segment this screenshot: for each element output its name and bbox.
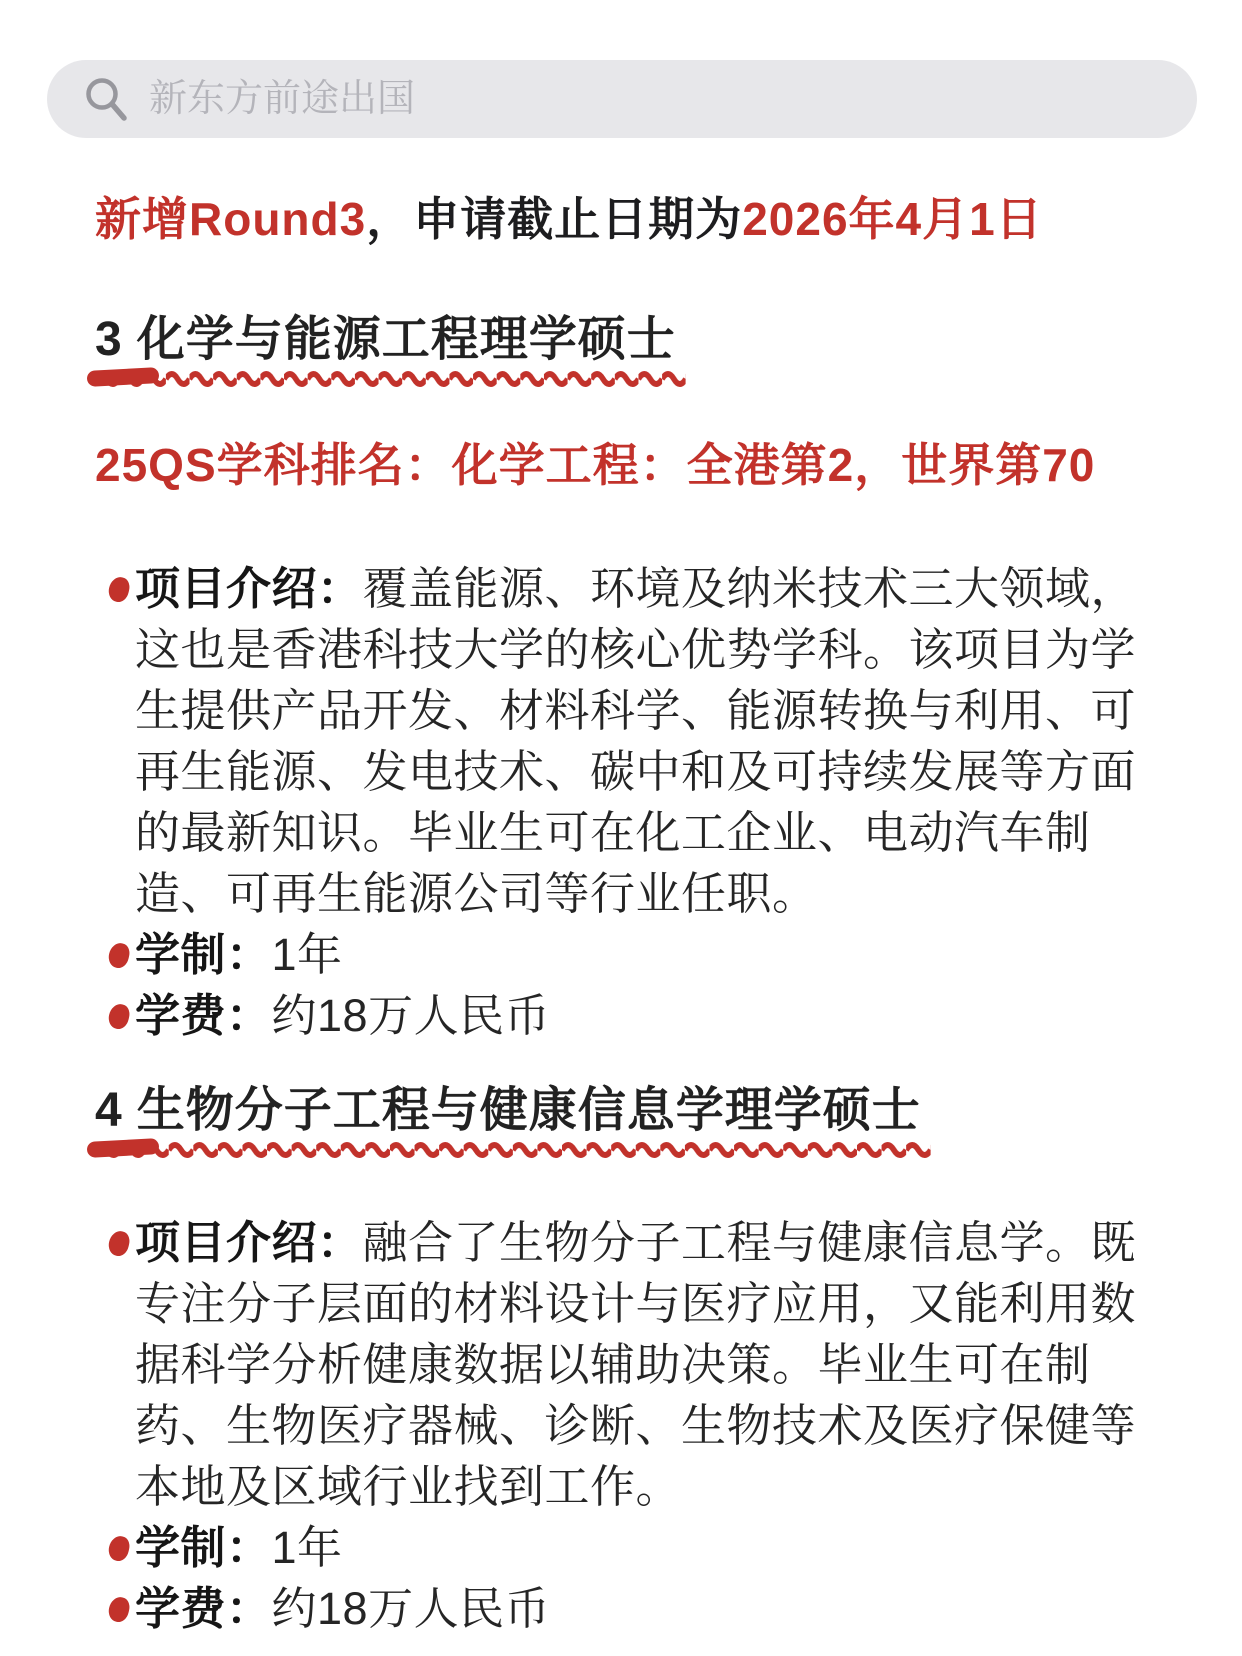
- item-label: 项目介绍：: [135, 563, 363, 614]
- item-label: 学费：: [135, 1583, 272, 1634]
- list-item-tuition: 学费：约18万人民币: [95, 1578, 1152, 1639]
- item-text: 约18万人民币: [272, 1583, 551, 1634]
- bullet-dot-icon: [107, 1534, 132, 1563]
- program-4-details-list: 项目介绍：融合了生物分子工程与健康信息学。既专注分子层面的材料设计与医疗应用，又…: [95, 1212, 1152, 1639]
- item-text: 1年: [272, 929, 343, 980]
- search-bar[interactable]: [47, 60, 1197, 138]
- ranking-line: 25QS学科排名：化学工程：全港第2，世界第70: [95, 439, 1150, 492]
- squiggle-underline-icon: [95, 1138, 931, 1162]
- list-item-duration: 学制：1年: [95, 924, 1152, 985]
- section-3-heading: 3化学与能源工程理学硕士: [95, 313, 676, 391]
- bullet-dot-icon: [107, 1002, 132, 1031]
- bullet-dot-icon: [107, 941, 132, 970]
- notice-middle: ，申请截止日期为: [366, 193, 742, 245]
- item-text: 1年: [272, 1522, 343, 1573]
- item-label: 项目介绍：: [135, 1217, 363, 1268]
- item-label: 学制：: [135, 929, 272, 980]
- bullet-dot-icon: [107, 575, 132, 604]
- list-item-intro: 项目介绍：覆盖能源、环境及纳米技术三大领域，这也是香港科技大学的核心优势学科。该…: [95, 558, 1152, 924]
- section-3-title: 化学与能源工程理学硕士: [137, 313, 676, 366]
- item-label: 学费：: [135, 990, 272, 1041]
- list-item-intro: 项目介绍：融合了生物分子工程与健康信息学。既专注分子层面的材料设计与医疗应用，又…: [95, 1212, 1152, 1517]
- item-text: 约18万人民币: [272, 990, 551, 1041]
- bullet-dot-icon: [107, 1229, 132, 1258]
- section-3-number: 3: [95, 313, 123, 366]
- section-4-number: 4: [95, 1084, 123, 1137]
- section-chemical-energy: 3化学与能源工程理学硕士 25QS学科排名：化学工程：全港第2，世界第70 项目…: [0, 247, 1242, 1046]
- item-label: 学制：: [135, 1522, 272, 1573]
- search-icon: [83, 76, 129, 122]
- search-input[interactable]: [149, 78, 1169, 121]
- section-4-title: 生物分子工程与健康信息学理学硕士: [137, 1084, 921, 1137]
- section-4-heading: 4生物分子工程与健康信息学理学硕士: [95, 1084, 921, 1162]
- item-text: 覆盖能源、环境及纳米技术三大领域，这也是香港科技大学的核心优势学科。该项目为学生…: [135, 563, 1136, 919]
- program-3-details-list: 项目介绍：覆盖能源、环境及纳米技术三大领域，这也是香港科技大学的核心优势学科。该…: [95, 558, 1152, 1046]
- bullet-dot-icon: [107, 1595, 132, 1624]
- section-biomolecular-health: 4生物分子工程与健康信息学理学硕士 项目介绍：融合了生物分子工程与健康信息学。既…: [0, 1046, 1242, 1639]
- list-item-duration: 学制：1年: [95, 1517, 1152, 1578]
- list-item-tuition: 学费：约18万人民币: [95, 985, 1152, 1046]
- notice-highlight-start: 新增Round3: [95, 193, 366, 245]
- notice-line: 新增Round3，申请截止日期为2026年4月1日: [95, 192, 1150, 247]
- squiggle-underline-icon: [95, 367, 686, 391]
- notice-highlight-end: 2026年4月1日: [742, 193, 1043, 245]
